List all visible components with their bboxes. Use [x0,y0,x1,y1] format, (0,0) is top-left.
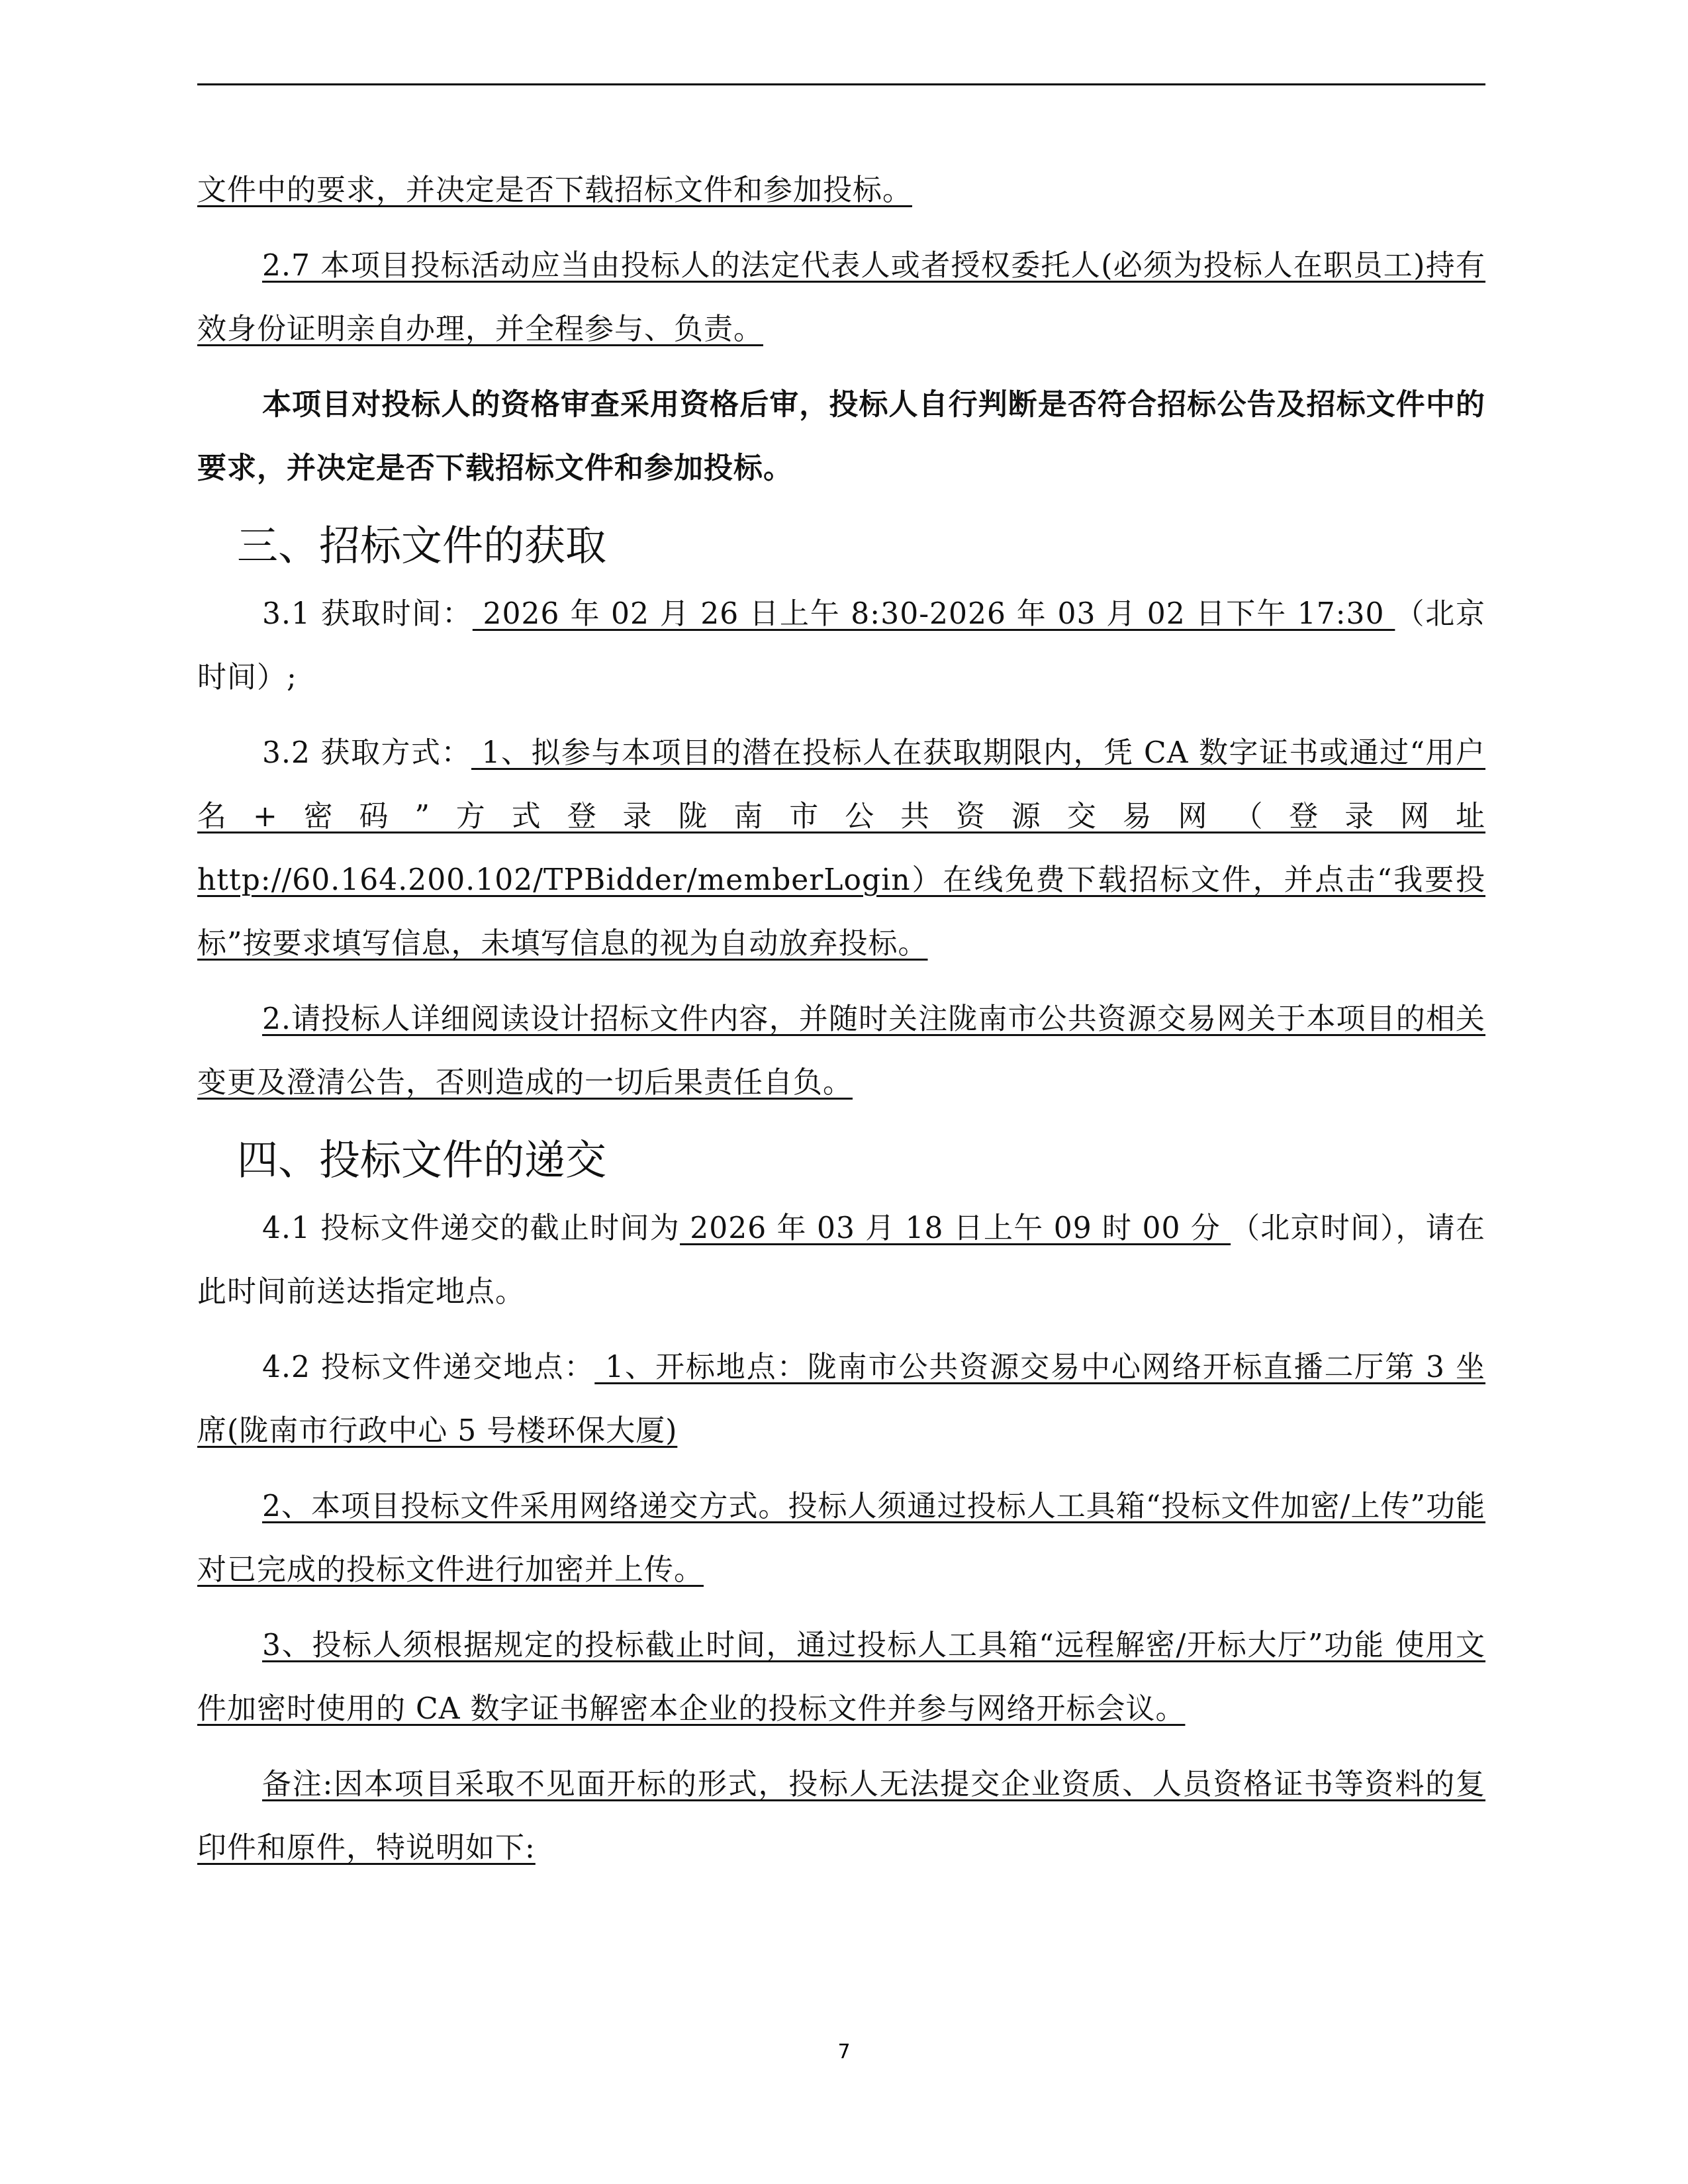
underlined-text: 3、投标人须根据规定的投标截止时间，通过投标人工具箱“远程解密/开标大厅”功能 … [197,1629,1485,1726]
header-rule [197,83,1485,85]
remark: 备注:因本项目采取不见面开标的形式，投标人无法提交企业资质、人员资格证书等资料的… [197,1753,1485,1880]
label: 3.2 获取方式： [262,736,471,770]
paragraph-3-2: 3.2 获取方式： 1、拟参与本项目的潜在投标人在获取期限内，凭 CA 数字证书… [197,722,1485,976]
underlined-text: 2、本项目投标文件采用网络递交方式。投标人须通过投标人工具箱“投标文件加密/上传… [197,1490,1485,1587]
paragraph-4-2-item-2: 2、本项目投标文件采用网络递交方式。投标人须通过投标人工具箱“投标文件加密/上传… [197,1475,1485,1602]
underlined-text: 2.请投标人详细阅读设计招标文件内容，并随时关注陇南市公共资源交易网关于本项目的… [197,1002,1485,1100]
paragraph-3-2-item-2: 2.请投标人详细阅读设计招标文件内容，并随时关注陇南市公共资源交易网关于本项目的… [197,988,1485,1115]
acquisition-time: 2026 年 02 月 26 日上午 8:30-2026 年 03 月 02 日… [473,597,1395,631]
document-body: 文件中的要求，并决定是否下载招标文件和参加投标。 2.7 本项目投标活动应当由投… [197,159,1485,1880]
paragraph-2-7: 2.7 本项目投标活动应当由投标人的法定代表人或者授权委托人(必须为投标人在职员… [197,234,1485,361]
qualification-note: 本项目对投标人的资格审查采用资格后审，投标人自行判断是否符合招标公告及招标文件中… [197,373,1485,500]
section-3-heading: 三、招标文件的获取 [237,510,1485,583]
label: 3.1 获取时间： [262,597,473,631]
section-4-heading: 四、投标文件的递交 [237,1124,1485,1197]
page-number: 7 [0,2040,1688,2064]
deadline: 2026 年 03 月 18 日上午 09 时 00 分 [680,1211,1231,1245]
paragraph-3-1: 3.1 获取时间： 2026 年 02 月 26 日上午 8:30-2026 年… [197,583,1485,710]
label: 4.2 投标文件递交地点： [262,1351,594,1384]
underlined-text: 文件中的要求，并决定是否下载招标文件和参加投标。 [197,173,912,207]
paragraph-4-1: 4.1 投标文件递交的截止时间为 2026 年 03 月 18 日上午 09 时… [197,1197,1485,1324]
paragraph-continuation: 文件中的要求，并决定是否下载招标文件和参加投标。 [197,159,1485,222]
paragraph-4-2: 4.2 投标文件递交地点： 1、开标地点：陇南市公共资源交易中心网络开标直播二厅… [197,1336,1485,1463]
underlined-text: 2.7 本项目投标活动应当由投标人的法定代表人或者授权委托人(必须为投标人在职员… [197,249,1485,346]
paragraph-4-2-item-3: 3、投标人须根据规定的投标截止时间，通过投标人工具箱“远程解密/开标大厅”功能 … [197,1614,1485,1741]
label: 4.1 投标文件递交的截止时间为 [262,1211,680,1245]
underlined-text: 备注:因本项目采取不见面开标的形式，投标人无法提交企业资质、人员资格证书等资料的… [197,1768,1485,1865]
